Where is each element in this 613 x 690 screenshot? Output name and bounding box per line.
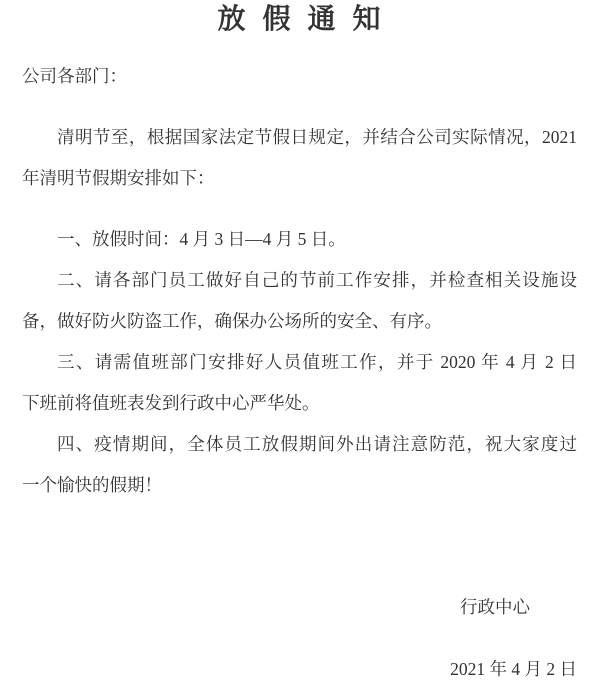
signature: 行政中心 (22, 587, 577, 628)
list-item-2: 二、请各部门员工做好自己的节前工作安排，并检查相关设施设 备，做好防火防盗工作，… (22, 260, 577, 342)
list-item-1: 一、放假时间：4 月 3 日—4 月 5 日。 (22, 219, 577, 260)
text-line: 下班前将值班表发到行政中心严华处。 (22, 383, 577, 424)
page-title: 放 假 通 知 (22, 0, 577, 40)
document-date: 2021 年 4 月 2 日 (22, 649, 577, 690)
text-line: 清明节至，根据国家法定节假日规定，并结合公司实际情况，2021 (22, 117, 577, 158)
text-line: 一个愉快的假期！ (22, 465, 577, 506)
text-line: 四、疫情期间，全体员工放假期间外出请注意防范，祝大家度过 (22, 424, 577, 465)
text-line: 备，做好防火防盗工作，确保办公场所的安全、有序。 (22, 301, 577, 342)
holiday-notice-document: 放 假 通 知 公司各部门： 清明节至，根据国家法定节假日规定，并结合公司实际情… (0, 0, 613, 690)
salutation: 公司各部门： (22, 56, 577, 97)
intro-paragraph: 清明节至，根据国家法定节假日规定，并结合公司实际情况，2021 年清明节假期安排… (22, 117, 577, 199)
text-line: 年清明节假期安排如下： (22, 158, 577, 199)
list-item-4: 四、疫情期间，全体员工放假期间外出请注意防范，祝大家度过 一个愉快的假期！ (22, 424, 577, 506)
text-line: 一、放假时间：4 月 3 日—4 月 5 日。 (22, 219, 577, 260)
list-item-3: 三、请需值班部门安排好人员值班工作，并于 2020 年 4 月 2 日 下班前将… (22, 342, 577, 424)
text-line: 三、请需值班部门安排好人员值班工作，并于 2020 年 4 月 2 日 (22, 342, 577, 383)
text-line: 二、请各部门员工做好自己的节前工作安排，并检查相关设施设 (22, 260, 577, 301)
